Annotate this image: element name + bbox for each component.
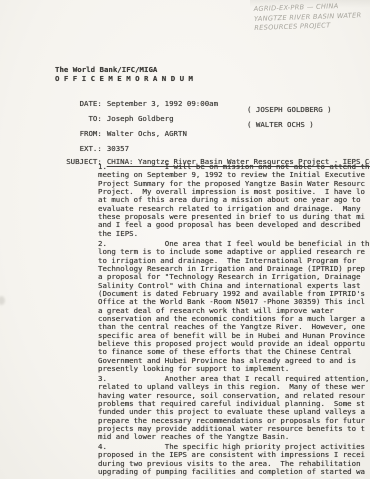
body-paragraph-1: 1. I will be on mission and not able to … [98, 163, 369, 238]
from-name-confirmation: ( WALTER OCHS ) [247, 120, 314, 129]
body-paragraph-2: 2. One area that I feel would be benefic… [98, 240, 369, 373]
subject-label: SUBJECT: [18, 157, 102, 166]
handwritten-annotation: AGRID-EX-PRB — CHINA YANGTZE RIVER BASIN… [254, 1, 369, 34]
body-paragraph-4: 4. The specific high priority project ac… [98, 443, 365, 476]
memo-title: O F F I C E M E M O R A N D U M [55, 74, 193, 83]
letterhead: The World Bank/IFC/MIGA O F F I C E M E … [55, 65, 193, 83]
body-paragraph-3: 3. Another area that I recall required a… [98, 375, 369, 442]
memo-page: AGRID-EX-PRB — CHINA YANGTZE RIVER BASIN… [0, 0, 370, 479]
to-name-confirmation: ( JOSEPH GOLDBERG ) [247, 105, 332, 114]
organization-name: The World Bank/IFC/MIGA [55, 65, 193, 74]
scan-smudge [0, 296, 5, 305]
